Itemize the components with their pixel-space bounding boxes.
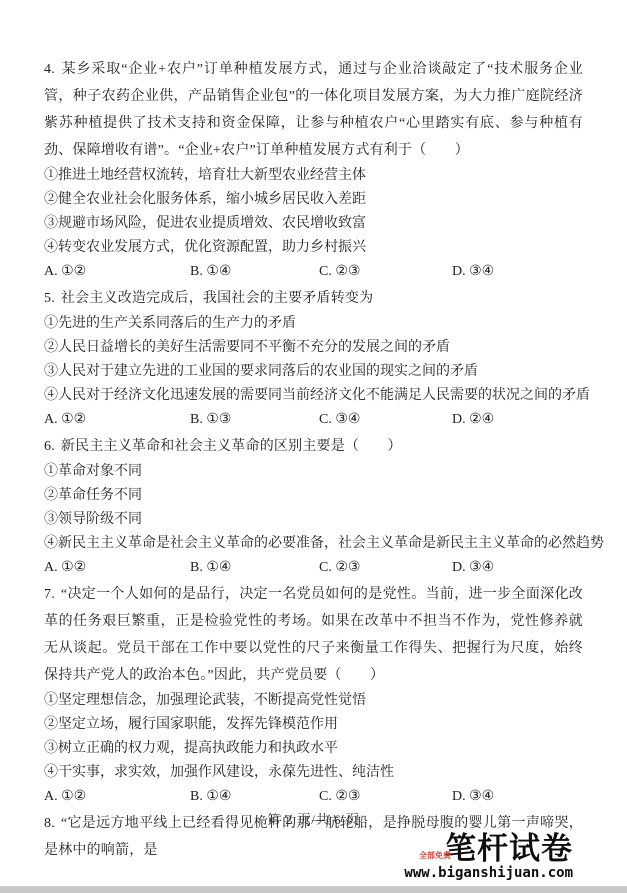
question-stem: 4.某乡采取“企业+农户”订单种植发展方式，通过与企业洽谈敲定了“技术服务企业管… (44, 56, 583, 164)
question-block-7: 7.“决定一个人如何的是品行，决定一名党员如何的是党性。当前，进一步全面深化改革… (44, 581, 583, 809)
question-stem: 5.社会主义改造完成后，我国社会的主要矛盾转变为 (44, 285, 583, 312)
choice-row: A. ①② B. ①④ C. ②③ D. ③④ (44, 556, 583, 580)
choice-d: D. ③④ (452, 785, 583, 809)
question-block-4: 4.某乡采取“企业+农户”订单种植发展方式，通过与企业洽谈敲定了“技术服务企业管… (44, 56, 583, 284)
sub-option-4: ④新民主主义革命是社会主义革命的必要准备，社会主义革命是新民主主义革命的必然趋势 (44, 532, 583, 556)
sub-option-1: ①先进的生产关系同落后的生产力的矛盾 (44, 312, 583, 336)
question-number: 7. (44, 587, 55, 602)
sub-option-2: ②健全农业社会化服务体系，缩小城乡居民收入差距 (44, 188, 583, 212)
choice-b: B. ①④ (190, 785, 319, 809)
choice-a: A. ①② (44, 408, 190, 432)
question-stem: 6.新民主主义革命和社会主义革命的区别主要是（ ） (44, 433, 583, 460)
question-stem: 7.“决定一个人如何的是品行，决定一名党员如何的是党性。当前，进一步全面深化改革… (44, 581, 583, 689)
choice-a: A. ①② (44, 785, 190, 809)
choice-d: D. ③④ (452, 260, 583, 284)
sub-option-2: ②革命任务不同 (44, 484, 583, 508)
question-stem-text: 社会主义改造完成后，我国社会的主要矛盾转变为 (61, 291, 373, 306)
free-badge: 全部免费 (419, 852, 451, 860)
watermark: 全部免费 笔杆试卷 www.biganshijuan.com (404, 833, 573, 880)
watermark-brand: 笔杆试卷 (445, 831, 573, 866)
sub-option-1: ①革命对象不同 (44, 460, 583, 484)
sub-option-3: ③领导阶级不同 (44, 508, 583, 532)
watermark-url: www.biganshijuan.com (404, 866, 573, 880)
choice-b: B. ①③ (190, 408, 319, 432)
sub-option-4: ④人民对于经济文化迅速发展的需要同当前经济文化不能满足人民需要的状况之间的矛盾 (44, 384, 583, 408)
choice-row: A. ①② B. ①③ C. ③④ D. ②④ (44, 408, 583, 432)
sub-option-2: ②人民日益增长的美好生活需要同不平衡不充分的发展之间的矛盾 (44, 336, 583, 360)
question-stem-text: “决定一个人如何的是品行，决定一名党员如何的是党性。当前，进一步全面深化改革的任… (44, 587, 583, 683)
choice-c: C. ②③ (319, 260, 452, 284)
sub-option-3: ③人民对于建立先进的工业国的要求同落后的农业国的现实之间的矛盾 (44, 360, 583, 384)
choice-b: B. ①④ (190, 260, 319, 284)
sub-option-2: ②坚定立场，履行国家职能，发挥先锋模范作用 (44, 713, 583, 737)
choice-row: A. ①② B. ①④ C. ②③ D. ③④ (44, 785, 583, 809)
choice-b: B. ①④ (190, 556, 319, 580)
question-number: 5. (44, 291, 55, 306)
sub-option-1: ①推进土地经营权流转，培育壮大新型农业经营主体 (44, 164, 583, 188)
sub-option-4: ④干实事，求实效，加强作风建设，永葆先进性、纯洁性 (44, 761, 583, 785)
question-block-6: 6.新民主主义革命和社会主义革命的区别主要是（ ） ①革命对象不同 ②革命任务不… (44, 433, 583, 580)
watermark-brand-row: 全部免费 笔杆试卷 (445, 833, 573, 864)
choice-c: C. ③④ (319, 408, 452, 432)
sub-option-3: ③树立正确的权力观，提高执政能力和执政水平 (44, 737, 583, 761)
question-block-5: 5.社会主义改造完成后，我国社会的主要矛盾转变为 ①先进的生产关系同落后的生产力… (44, 285, 583, 432)
exam-document-page: 4.某乡采取“企业+农户”订单种植发展方式，通过与企业洽谈敲定了“技术服务企业管… (0, 0, 627, 893)
choice-c: C. ②③ (319, 785, 452, 809)
sub-option-3: ③规避市场风险，促进农业提质增效、农民增收致富 (44, 212, 583, 236)
choice-row: A. ①② B. ①④ C. ②③ D. ③④ (44, 260, 583, 284)
sub-option-4: ④转变农业发展方式，优化资源配置，助力乡村振兴 (44, 236, 583, 260)
choice-d: D. ②④ (452, 408, 583, 432)
question-number: 6. (44, 439, 55, 454)
choice-c: C. ②③ (319, 556, 452, 580)
questions-area: 4.某乡采取“企业+农户”订单种植发展方式，通过与企业洽谈敲定了“技术服务企业管… (44, 56, 583, 865)
choice-a: A. ①② (44, 556, 190, 580)
page-number-footer: 第 2 页/共 6 页 (0, 809, 627, 828)
question-number: 4. (44, 62, 55, 77)
sub-option-1: ①坚定理想信念，加强理论武装，不断提高党性觉悟 (44, 689, 583, 713)
question-stem-text: 某乡采取“企业+农户”订单种植发展方式，通过与企业洽谈敲定了“技术服务企业管，种… (44, 62, 583, 158)
choice-a: A. ①② (44, 260, 190, 284)
choice-d: D. ③④ (452, 556, 583, 580)
question-stem-text: 新民主主义革命和社会主义革命的区别主要是（ ） (61, 439, 402, 454)
bottom-bar (0, 886, 627, 893)
